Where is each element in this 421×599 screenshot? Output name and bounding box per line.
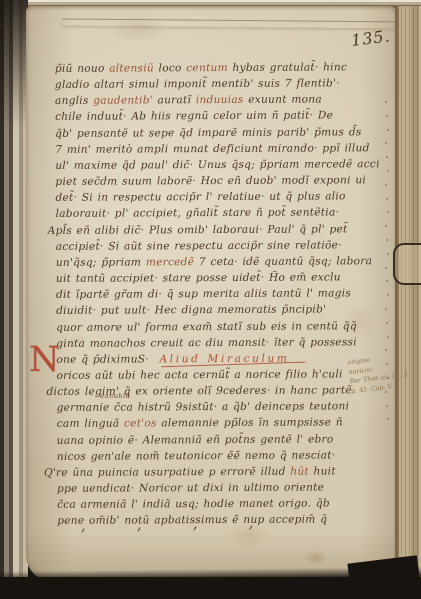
pricking-dot <box>385 267 387 269</box>
line-segment: quor amore ul' forma exam̃ statĩ sub eis… <box>56 320 357 334</box>
line-segment: loco <box>159 62 187 74</box>
pricking-dot <box>387 377 389 379</box>
interlinear-gloss: danubiũ <box>100 392 130 400</box>
line-segment: p̃iũ nouo <box>55 63 109 75</box>
line-segment: diuidit· put uult· Hec digna memoratis p… <box>56 304 326 317</box>
line-segment: altensiũ <box>109 62 158 74</box>
pricking-dot <box>386 405 388 407</box>
pricking-dot <box>385 391 387 393</box>
line-segment: oricos aũt ubi hec acta cernũt̃ a norice… <box>56 368 342 381</box>
fore-edge-tab-marker <box>393 243 421 285</box>
line-segment: c̃ca armeniã l' indiã usq; hodie manet o… <box>57 498 330 511</box>
line-segment: accipiet̃· Si aũt sine respectu accip̃r … <box>56 239 342 252</box>
background-below-page <box>0 577 421 599</box>
book-fore-edge <box>395 6 421 581</box>
manuscript-line: oricos aũt ubi hec acta cernũt̃ a norice… <box>56 366 390 384</box>
manuscript-line: gladio altari simul imponit̃ mentib' sui… <box>55 75 389 93</box>
manuscript-line: Q're ũna puincia usurpatiue p errorẽ ill… <box>44 463 391 481</box>
line-segment: uit tantũ accipiet· stare posse uidet̃· … <box>56 271 341 284</box>
manuscript-line: c̃ca armeniã l' indiã usq; hodie manet o… <box>57 495 391 513</box>
pricking-dot <box>385 101 387 103</box>
line-segment: mercedẽ <box>146 256 199 268</box>
line-segment: alemannie pp̃los ĩn sumpsisse ñ <box>161 417 343 430</box>
line-segment: ginta monachos creuit ac diu mansit· ĩte… <box>56 336 357 350</box>
manuscript-line: germanie c̃ca histrũ 9sistũt· a q̃b' dei… <box>57 398 391 416</box>
line-segment: Apl̃s eñ alibi dic̃· Plus omib' laboraui… <box>48 223 348 237</box>
pricking-dot <box>386 115 388 117</box>
manuscript-line: Apl̃s eñ alibi dic̃· Plus omib' laboraui… <box>48 221 390 239</box>
manuscript-line: accipiet̃· Si aũt sine respectu accip̃r … <box>56 237 390 255</box>
manuscript-line: ginta monachos creuit ac diu mansit· ĩte… <box>56 334 390 352</box>
manuscript-line: q̃b' pensantẽ ut sepe q̃d imparẽ minis p… <box>55 124 389 142</box>
parchment-crease-line <box>62 18 414 28</box>
pen-flourishes: ʼ ʼ ʼ ʼ <box>80 522 253 544</box>
line-segment: centum <box>186 62 232 74</box>
manuscript-line: uana opinio ẽ· Alemanniã eñ pot̃ns gentẽ… <box>57 431 391 449</box>
line-segment: piet sec̃dm suum laborẽ· Hoc eñ duob' mo… <box>55 174 366 188</box>
line-segment: det̃· Si in respectu accip̃r l' relatiue… <box>55 191 345 205</box>
pricking-dot <box>386 322 388 324</box>
line-segment: 7 min' meritò ampli munat deficiunt mira… <box>55 142 369 156</box>
manuscript-line: cam linguã cet'os alemannie pp̃los ĩn su… <box>57 415 391 433</box>
line-segment: ul' maxime q̃d paul' dic̃· Unus q̃sq; p̃… <box>55 158 379 172</box>
manuscript-photo: 135. p̃iũ nouo altensiũ loco centum hyba… <box>0 0 421 599</box>
line-segment: laborauit· pl' accipiet, gñalit̃ stare ñ… <box>56 207 340 220</box>
manuscript-line: det̃· Si in respectu accip̃r l' relatiue… <box>55 188 389 206</box>
line-segment: hybas gratulat̃· hinc <box>232 61 347 74</box>
line-segment: ppe uendicat· Noricor ut dixi in ultimo … <box>57 482 324 495</box>
pricking-dot <box>387 336 389 338</box>
line-segment: nicos gen'ale nom̃ teutonicor ẽẽ nemo q̃… <box>57 449 336 462</box>
line-segment: Q're ũna puincia usurpatiue p errorẽ ill… <box>44 466 290 479</box>
line-segment: chile induut̃· Ab hiis regnũ celor uim ñ… <box>55 110 333 123</box>
text-block: p̃iũ nouo altensiũ loco centum hybas gra… <box>55 59 391 529</box>
manuscript-line: piet sec̃dm suum laborẽ· Hoc eñ duob' mo… <box>55 172 389 190</box>
line-segment: exuunt mona <box>248 94 322 106</box>
manuscript-line: anglis gaudentib' auratĩ induuias exuunt… <box>55 91 389 109</box>
manuscript-line: laborauit· pl' accipiet, gñalit̃ stare ñ… <box>56 205 390 223</box>
rubric-heading: Aliud Miraculum <box>159 350 289 367</box>
line-segment: hūt <box>290 465 313 477</box>
manuscript-line: ppe uendicat· Noricor ut dixi in ultimo … <box>57 479 391 497</box>
pricking-dot <box>387 170 389 172</box>
pricking-dot <box>385 308 387 310</box>
line-segment: dit ĩpartẽ gr̃am di· q̃ sup merita aliis… <box>56 288 351 302</box>
pricking-dot <box>386 239 388 241</box>
manuscript-line: dit ĩpartẽ gr̃am di· q̃ sup merita aliis… <box>56 285 390 303</box>
pricking-dot <box>387 129 389 131</box>
line-segment: germanie c̃ca histrũ 9sistũt· a q̃b' dei… <box>57 401 350 415</box>
pricking-dot <box>387 253 389 255</box>
pricking-dot <box>386 198 388 200</box>
manuscript-line: un'q̃sq; p̃priam mercedẽ 7 ceta· idẽ qua… <box>56 253 390 271</box>
line-segment: cam linguã <box>57 418 124 430</box>
line-segment: induuias <box>196 94 248 106</box>
line-segment: auratĩ <box>157 94 195 106</box>
line-segment: huit <box>313 465 335 477</box>
line-segment: anglis <box>55 95 93 107</box>
line-segment: dictos legim' q̃ ex oriente olĩ 9cederes… <box>46 384 351 398</box>
line-segment: uana opinio ẽ· Alemanniã eñ pot̃ns gentẽ… <box>57 433 334 446</box>
manuscript-line: 7 min' meritò ampli munat deficiunt mira… <box>55 140 389 158</box>
manuscript-line: diuidit· put uult· Hec digna memoratis p… <box>56 301 390 319</box>
line-segment: gaudentib' <box>93 95 157 107</box>
rubricated-initial: N <box>29 343 60 377</box>
manuscript-line: dictos legim' q̃ ex oriente olĩ 9cederes… <box>46 382 390 400</box>
line-segment: 7 ceta· idẽ quantũ q̃sq; labora <box>199 255 372 268</box>
manuscript-line: p̃iũ nouo altensiũ loco centum hybas gra… <box>55 59 389 77</box>
line-segment: cet'os <box>124 418 161 430</box>
line-segment: un'q̃sq; p̃priam <box>56 256 146 268</box>
manuscript-line: chile induut̃· Ab hiis regnũ celor uim ñ… <box>55 108 389 126</box>
pricking-dot <box>385 184 387 186</box>
manuscript-line: quor amore ul' forma exam̃ statĩ sub eis… <box>56 318 390 336</box>
book-gutter-binding <box>0 0 28 599</box>
manuscript-line: uit tantũ accipiet· stare posse uidet̃· … <box>56 269 390 287</box>
line-segment: gladio altari simul imponit̃ mentib' sui… <box>55 78 340 91</box>
line-segment: one q̃ p̃diximuS· <box>56 353 153 366</box>
manuscript-line: one q̃ p̃diximuS· Aliud Miraculum <box>56 350 390 368</box>
manuscript-line: nicos gen'ale nom̃ teutonicor ẽẽ nemo q̃… <box>57 447 391 465</box>
line-segment: q̃b' pensantẽ ut sepe q̃d imparẽ minis p… <box>55 126 361 140</box>
manuscript-line: ul' maxime q̃d paul' dic̃· Unus q̃sq; p̃… <box>55 156 389 174</box>
